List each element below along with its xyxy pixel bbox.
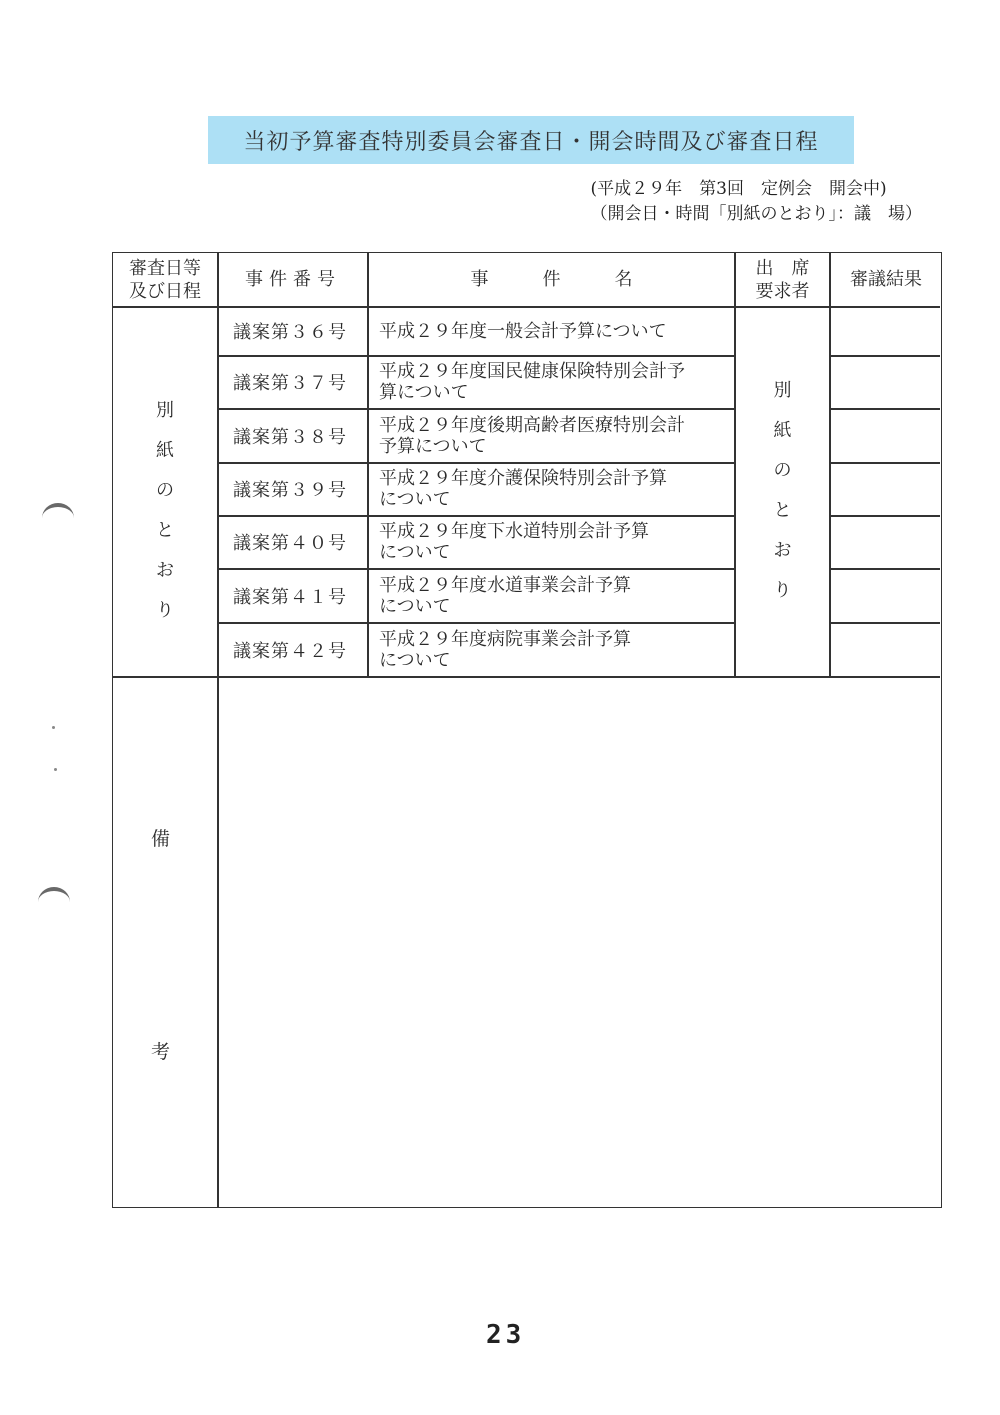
scan-speck [54,768,57,771]
document-title: 当初予算審査特別委員会審査日・開会時間及び審査日程 [208,116,854,164]
header-schedule: 審査日等 及び日程 [113,253,217,306]
header-case-name: 事 件 名 [369,253,734,306]
page-number: 23 [486,1320,525,1350]
table-row-case-number: 議案第３８号 [219,409,367,462]
header-attendance: 出 席 要求者 [736,253,829,306]
remarks-label-bottom: 考 [151,1037,170,1064]
remarks-label-top: 備 [151,824,170,851]
punch-hole-mark [38,887,70,917]
table-row-result [831,463,941,515]
table-row-result [831,409,941,462]
header-attendance-line-1: 出 席 [756,257,810,280]
session-info: (平成２９年 第3回 定例会 開会中) （開会日・時間「別紙のとおり」：議 場） [591,177,923,227]
session-info-line-2: （開会日・時間「別紙のとおり」：議 場） [591,202,923,227]
table-row-case-number: 議案第３９号 [219,463,367,515]
header-result: 審議結果 [831,253,941,306]
table-row-result [831,356,941,408]
table-row-case-number: 議案第４０号 [219,516,367,568]
document-title-text: 当初予算審査特別委員会審査日・開会時間及び審査日程 [243,125,818,156]
header-attendance-line-2: 要求者 [756,280,810,303]
table-row-result [831,623,941,676]
schedule-table: 審査日等 及び日程 事件番号 事 件 名 出 席 要求者 審議結果 別 紙 の … [112,252,942,1208]
session-info-line-1: (平成２９年 第3回 定例会 開会中) [591,177,923,202]
table-row-case-number: 議案第４１号 [219,569,367,622]
header-schedule-line-2: 及び日程 [129,280,201,303]
schedule-merged-cell: 別 紙 の と お り [113,391,217,631]
scan-speck [52,726,55,729]
table-row-case-number: 議案第４２号 [219,623,367,676]
table-row-case-name: 平成２９年度国民健康保険特別会計予 算について [369,356,734,408]
header-case-number: 事件番号 [219,253,367,306]
table-row-case-name: 平成２９年度病院事業会計予算 について [369,623,734,676]
table-row-case-name: 平成２９年度介護保険特別会計予算 について [369,463,734,515]
header-schedule-line-1: 審査日等 [129,257,201,280]
attendance-merged-cell: 別 紙 の と お り [736,371,829,611]
table-row-case-name: 平成２９年度一般会計予算について [369,307,734,355]
table-row-result [831,569,941,622]
table-row-case-number: 議案第３６号 [219,307,367,355]
table-row-result [831,307,941,355]
table-row-case-name: 平成２９年度後期高齢者医療特別会計 予算について [369,409,734,462]
punch-hole-mark [42,503,74,533]
table-row-case-number: 議案第３７号 [219,356,367,408]
table-row-result [831,516,941,568]
table-row-case-name: 平成２９年度水道事業会計予算 について [369,569,734,622]
remarks-content [219,678,940,1206]
table-row-case-name: 平成２９年度下水道特別会計予算 について [369,516,734,568]
